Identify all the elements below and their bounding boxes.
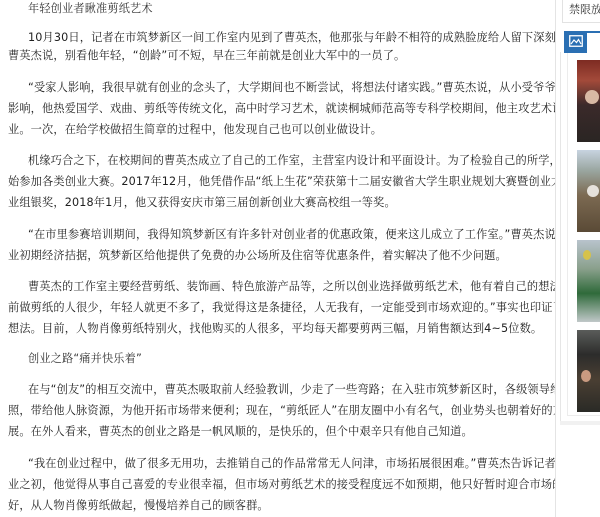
photo-tab[interactable] [564, 31, 587, 53]
article-paragraph-line: 在与“创友”的相互交流中，曹英杰吸取前人经验教训，少走了一些弯路；在入驻市筑梦新… [28, 383, 556, 397]
article-paragraph-line: “受家人影响，我很早就有创业的念头了，大学期间也不断尝试，将想法付诸实践。”曹英… [28, 81, 556, 95]
article-paragraph-line: 业之初，他觉得从事自己喜爱的专业很幸福，但市场对剪纸艺术的接受程度远不如预期，他… [8, 478, 556, 492]
article-paragraph-line: 始参加各类创业大赛。2017年12月，他凭借作品“纸上生花”荣获第十二届安徽省大… [8, 175, 556, 189]
article-body: 年轻创业者瞅准剪纸艺术 10月30日，记者在市筑梦新区一间工作室内见到了曹英杰，… [0, 0, 556, 517]
photo-tab-bar [564, 31, 600, 53]
article-paragraph-line: 曹英杰的工作室主要经营剪纸、装饰画、特色旅游产品等，之所以创业选择做剪纸艺术，他… [28, 280, 556, 294]
sidebar-top-link[interactable]: 禁限放 [569, 3, 600, 17]
sidebar-top-box: 禁限放 [562, 0, 600, 23]
article-paragraph-line: 曹英杰说，别看他年轻，“创龄”可不短，早在三年前就是创业大军中的一员了。 [8, 49, 405, 63]
photo-thumbnail-4[interactable] [577, 330, 600, 412]
sidebar: 禁限放 [556, 0, 600, 517]
article-paragraph-line: “我在创业过程中，做了很多无用功，去推销自己的作品常常无人问津，市场拓展很困难。… [28, 457, 556, 471]
article-subheading: 创业之路“痛并快乐着” [28, 352, 142, 366]
photo-thumbnail-2[interactable] [577, 150, 600, 232]
photo-panel-shadow [560, 421, 600, 425]
article-subheading: 年轻创业者瞅准剪纸艺术 [28, 2, 153, 16]
article-paragraph-line: 展。在外人看来，曹英杰的创业之路是一帆风顺的，是快乐的，但个中艰辛只有他自己知道… [8, 425, 473, 439]
article-paragraph-line: “在市里参赛培训期间，我得知筑梦新区有许多针对创业者的优惠政策，便来这儿成立了工… [28, 228, 556, 242]
article-paragraph-line: 前做剪纸的人很少，年轻人就更不多了，我觉得这是条捷径，人无我有，一定能受到市场欢… [8, 301, 556, 315]
image-icon [569, 35, 583, 47]
article-paragraph-line: 好，从人物肖像剪纸做起，慢慢培养自己的顾客群。 [8, 499, 269, 513]
photo-thumbnail-3[interactable] [577, 240, 600, 322]
photo-thumbnail-1[interactable] [577, 60, 600, 142]
article-paragraph-line: 业初期经济拮据，筑梦新区给他提供了免费的办公场所及住宿等优惠条件，着实解决了他不… [8, 249, 507, 263]
photo-tab-next[interactable] [587, 31, 600, 53]
article-paragraph-line: 照，带给他人脉资源，为他开拓市场带来便利；现在，“剪纸匠人”在朋友圈中小有名气，… [8, 404, 556, 418]
article-paragraph-line: 业组银奖，2018年1月，他又获得安庆市第三届创新创业大赛高校组一等奖。 [8, 196, 396, 210]
article-paragraph-line: 业。一次，在给学校做招生简章的过程中，他发现自己也可以创业做设计。 [8, 123, 382, 137]
article-paragraph-line: 想法。目前，人物肖像剪纸特别火，找他购买的人很多，平均每天都要剪两三幅，月销售额… [8, 322, 542, 336]
article-paragraph-line: 机缘巧合之下，在校期间的曹英杰成立了自己的工作室，主营室内设计和平面设计。为了检… [28, 154, 556, 168]
article-paragraph-line: 影响，他热爱国学、戏曲、剪纸等传统文化，高中时学习艺术，就读桐城师范高等专科学校… [8, 102, 556, 116]
article-paragraph-line: 10月30日，记者在市筑梦新区一间工作室内见到了曹英杰，他那张与年龄不相符的成熟… [28, 31, 556, 45]
